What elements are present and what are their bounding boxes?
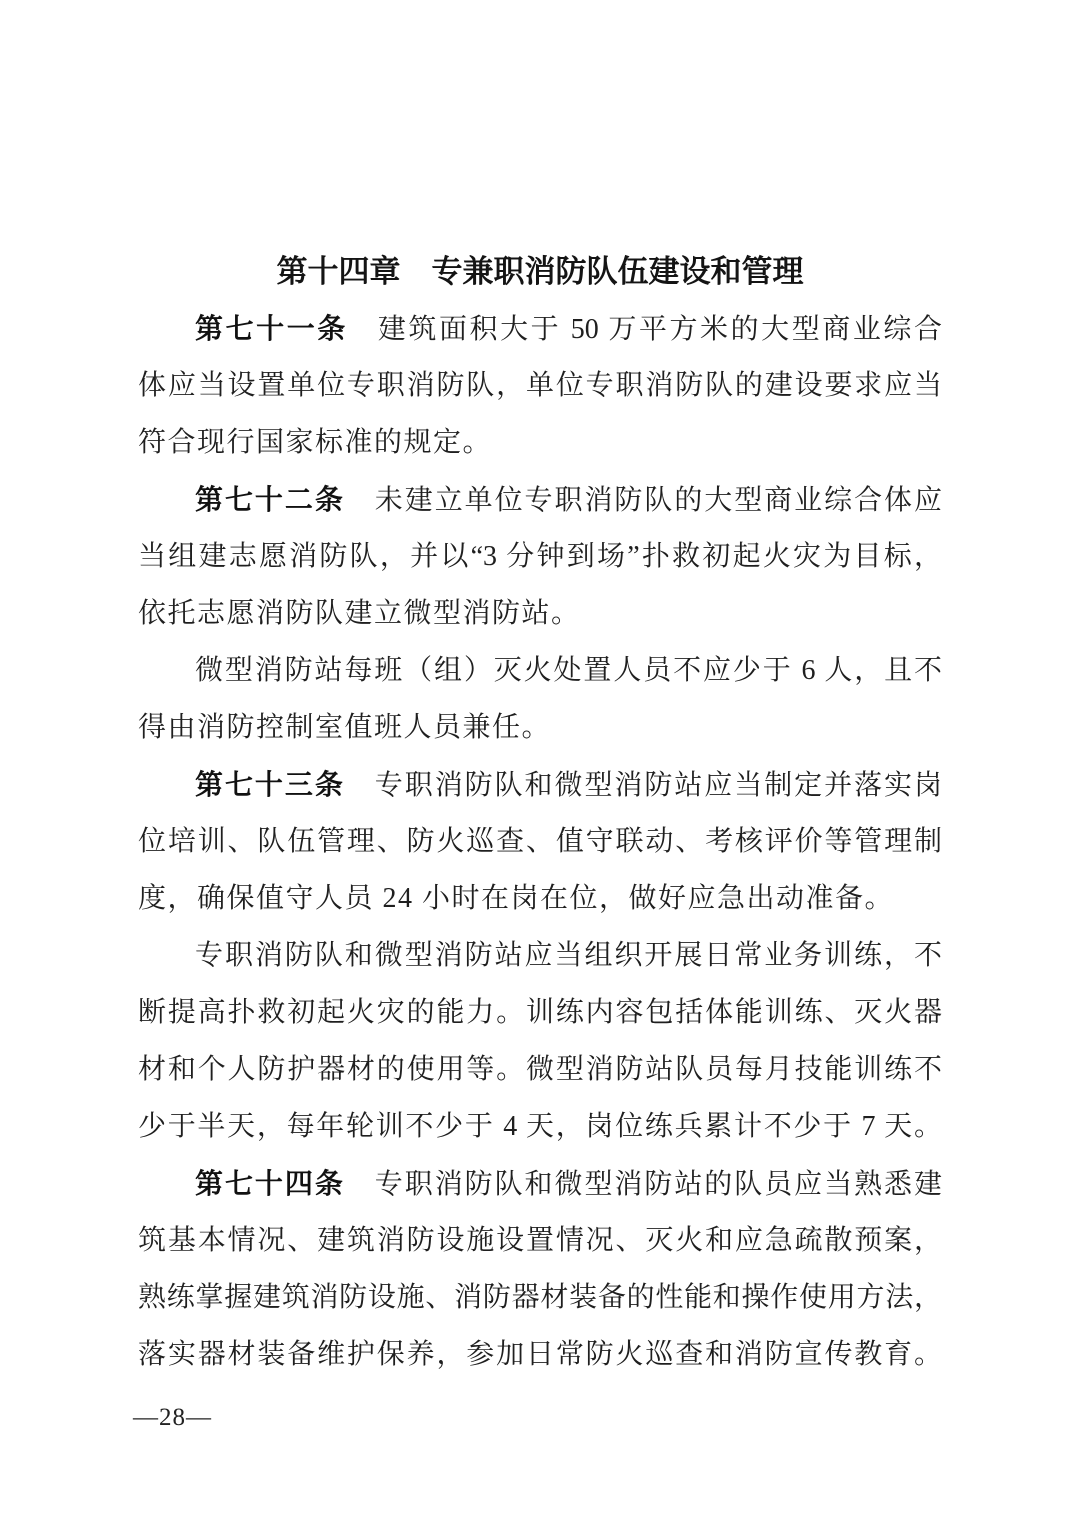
line-text: 材和个人防护器材的使用等。微型消防站队员每月技能训练不 [138, 1054, 942, 1085]
line-text: 筑基本情况、建筑消防设施设置情况、灭火和应急疏散预案， [138, 1225, 942, 1256]
line-text: 当组建志愿消防队，并以“3 分钟到场”扑救初起火灾为目标， [138, 541, 942, 572]
line-text: 未建立单位专职消防队的大型商业综合体应 [375, 485, 942, 516]
article-71-number: 第七十一条 [195, 313, 348, 344]
article-74-line-4: 落实器材装备维护保养，参加日常防火巡查和消防宣传教育。 [138, 1326, 942, 1383]
line-text: 微型消防站每班（组）灭火处置人员不应少于 6 人，且不 [195, 655, 942, 686]
article-72-line-3: 依托志愿消防队建立微型消防站。 [138, 585, 942, 642]
line-text: 体应当设置单位专职消防队，单位专职消防队的建设要求应当 [138, 370, 942, 401]
line-text: 专职消防队和微型消防站应当组织开展日常业务训练，不 [195, 940, 942, 971]
line-text: 得由消防控制室值班人员兼任。 [138, 712, 551, 743]
article-73-para-2-line-2: 断提高扑救初起火灾的能力。训练内容包括体能训练、灭火器 [138, 984, 942, 1041]
line-text: 度，确保值守人员 24 小时在岗在位，做好应急出动准备。 [138, 883, 894, 914]
line-text: 少于半天，每年轮训不少于 4 天，岗位练兵累计不少于 7 天。 [138, 1111, 942, 1142]
article-72-para-2-line-1: 微型消防站每班（组）灭火处置人员不应少于 6 人，且不 [138, 642, 942, 699]
article-73-para-2-line-4: 少于半天，每年轮训不少于 4 天，岗位练兵累计不少于 7 天。 [138, 1098, 942, 1155]
article-74-line-1: 第七十四条专职消防队和微型消防站的队员应当熟悉建 [138, 1155, 942, 1212]
article-71-line-2: 体应当设置单位专职消防队，单位专职消防队的建设要求应当 [138, 357, 942, 414]
article-74-line-2: 筑基本情况、建筑消防设施设置情况、灭火和应急疏散预案， [138, 1212, 942, 1269]
page-number: —28— [133, 1404, 212, 1432]
article-73-number: 第七十三条 [195, 769, 345, 800]
line-text: 落实器材装备维护保养，参加日常防火巡查和消防宣传教育。 [138, 1339, 942, 1370]
line-text: 专职消防队和微型消防站的队员应当熟悉建 [375, 1169, 942, 1200]
chapter-heading: 第十四章 专兼职消防队伍建设和管理 [138, 243, 942, 300]
article-73-line-1: 第七十三条专职消防队和微型消防站应当制定并落实岗 [138, 756, 942, 813]
article-73-line-2: 位培训、队伍管理、防火巡查、值守联动、考核评价等管理制 [138, 813, 942, 870]
article-73-para-2-line-3: 材和个人防护器材的使用等。微型消防站队员每月技能训练不 [138, 1041, 942, 1098]
article-71-line-1: 第七十一条建筑面积大于 50 万平方米的大型商业综合 [138, 300, 942, 357]
line-text: 符合现行国家标准的规定。 [138, 427, 492, 458]
article-74-line-3: 熟练掌握建筑消防设施、消防器材装备的性能和操作使用方法， [138, 1269, 942, 1326]
article-72-line-2: 当组建志愿消防队，并以“3 分钟到场”扑救初起火灾为目标， [138, 528, 942, 585]
line-text: 位培训、队伍管理、防火巡查、值守联动、考核评价等管理制 [138, 826, 942, 857]
line-text: 断提高扑救初起火灾的能力。训练内容包括体能训练、灭火器 [138, 997, 942, 1028]
document-page: 第十四章 专兼职消防队伍建设和管理 第七十一条建筑面积大于 50 万平方米的大型… [0, 0, 1080, 1526]
line-text: 依托志愿消防队建立微型消防站。 [138, 598, 581, 629]
article-72-line-1: 第七十二条未建立单位专职消防队的大型商业综合体应 [138, 471, 942, 528]
line-text: 建筑面积大于 50 万平方米的大型商业综合 [378, 314, 942, 345]
article-71-line-3: 符合现行国家标准的规定。 [138, 414, 942, 471]
line-text: 专职消防队和微型消防站应当制定并落实岗 [375, 770, 942, 801]
text-block: 第十四章 专兼职消防队伍建设和管理 第七十一条建筑面积大于 50 万平方米的大型… [138, 243, 942, 1383]
article-72-para-2-line-2: 得由消防控制室值班人员兼任。 [138, 699, 942, 756]
article-74-number: 第七十四条 [195, 1168, 345, 1199]
article-73-line-3: 度，确保值守人员 24 小时在岗在位，做好应急出动准备。 [138, 870, 942, 927]
article-72-number: 第七十二条 [195, 484, 345, 515]
line-text: 熟练掌握建筑消防设施、消防器材装备的性能和操作使用方法， [138, 1282, 942, 1313]
article-73-para-2-line-1: 专职消防队和微型消防站应当组织开展日常业务训练，不 [138, 927, 942, 984]
